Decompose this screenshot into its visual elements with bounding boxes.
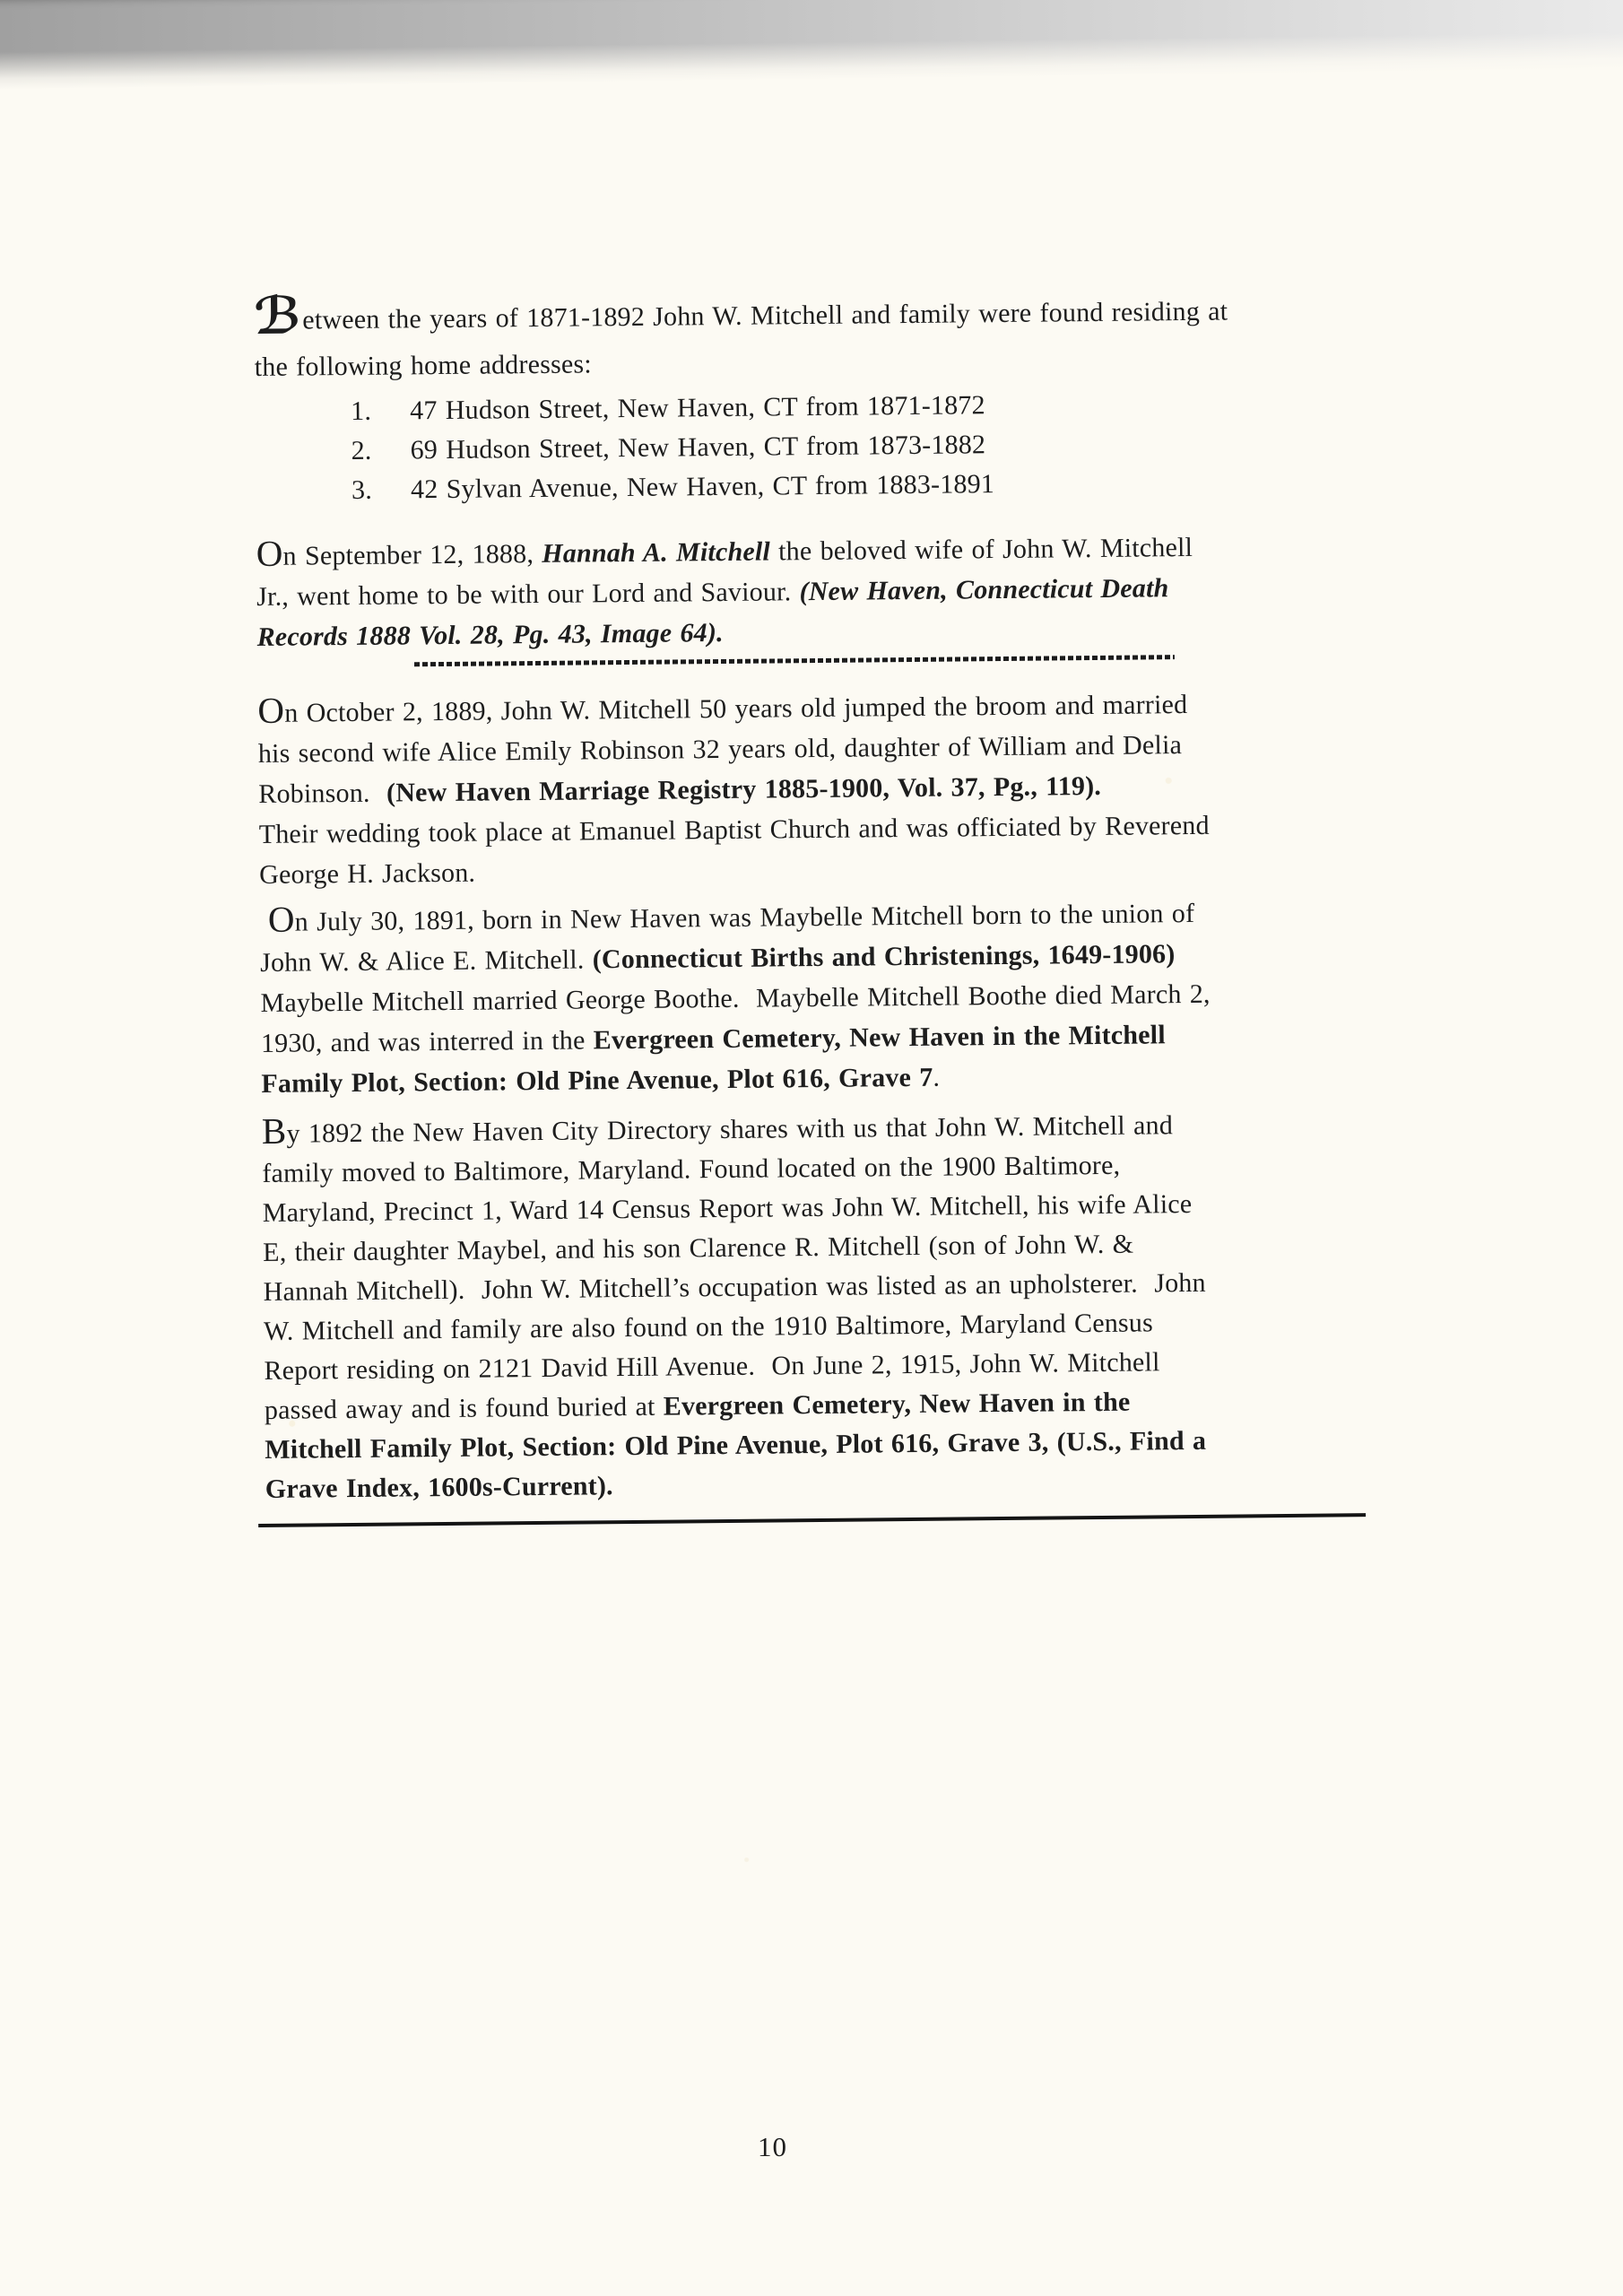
- text-segment: Family Plot, Section: Old Pine Avenue, P…: [261, 1063, 933, 1099]
- text-segment: Records 1888 Vol. 28, Pg. 43, Image 64).: [256, 618, 723, 652]
- text-segment: Evergreen Cemetery, New Haven in the: [664, 1387, 1131, 1422]
- text-segment: y 1892 the New Haven City Directory shar…: [286, 1110, 1173, 1148]
- text-segment: George H. Jackson.: [259, 858, 475, 890]
- text-segment: n October 2, 1889, John W. Mitchell 50 y…: [284, 690, 1187, 728]
- text-segment: Hannah Mitchell). John W. Mitchell’s occ…: [263, 1268, 1205, 1307]
- text-segment: n July 30, 1891, born in New Haven was M…: [295, 899, 1195, 937]
- list-item-number: 1.: [351, 391, 410, 431]
- text-segment: .: [933, 1063, 940, 1092]
- text-segment: Evergreen Cemetery, New Haven in the Mit…: [594, 1020, 1166, 1055]
- text-segment: family moved to Baltimore, Maryland. Fou…: [262, 1151, 1120, 1188]
- text-segment: the following home addresses:: [255, 349, 592, 382]
- text-segment: Their wedding took place at Emanuel Bapt…: [259, 811, 1210, 849]
- list-item-text: 42 Sylvan Avenue, New Haven, CT from 188…: [411, 469, 994, 504]
- list-item-text: 69 Hudson Street, New Haven, CT from 187…: [410, 430, 985, 465]
- lead-cap: B: [262, 1110, 287, 1152]
- section-divider: [414, 655, 1175, 666]
- text-line: the following home addresses:: [254, 334, 1384, 391]
- page-number: 10: [758, 2131, 787, 2163]
- text-segment: Robinson.: [258, 778, 386, 809]
- text-segment: (New Haven Marriage Registry 1885-1900, …: [386, 771, 1101, 808]
- text-segment: (New Haven, Connecticut Death: [799, 573, 1168, 606]
- text-segment: Maryland, Precinct 1, Ward 14 Census Rep…: [263, 1189, 1193, 1228]
- text-segment: passed away and is found buried at: [265, 1392, 664, 1425]
- text-segment: W. Mitchell and family are also found on…: [264, 1308, 1153, 1346]
- document-content: ℬetween the years of 1871-1892 John W. M…: [254, 287, 1395, 1527]
- text-segment: the beloved wife of John W. Mitchell: [770, 533, 1193, 567]
- text-segment: Report residing on 2121 David Hill Avenu…: [264, 1347, 1159, 1386]
- lead-cap: O: [268, 899, 295, 940]
- text-segment: (Connecticut Births and Christenings, 16…: [593, 939, 1176, 974]
- text-segment: Maybelle Mitchell married George Boothe.…: [260, 979, 1210, 1018]
- text-segment: 1930, and was interred in the: [261, 1025, 594, 1058]
- intro-paragraph: ℬetween the years of 1871-1892 John W. M…: [254, 287, 1384, 391]
- text-segment: Mitchell Family Plot, Section: Old Pine …: [265, 1426, 1206, 1465]
- lead-cap: O: [256, 533, 283, 574]
- text-segment: John W. & Alice E. Mitchell.: [260, 944, 593, 978]
- text-segment: Jr., went home to be with our Lord and S…: [256, 577, 800, 612]
- scanner-edge-band: [0, 0, 1623, 89]
- maybelle-paragraph: On July 30, 1891, born in New Haven was …: [259, 891, 1391, 1104]
- text-segment: n September 12, 1888,: [282, 539, 542, 571]
- text-segment: his second wife Alice Emily Robinson 32 …: [258, 730, 1182, 769]
- marriage-paragraph: On October 2, 1889, John W. Mitchell 50 …: [257, 683, 1389, 895]
- baltimore-paragraph: By 1892 the New Haven City Directory sha…: [262, 1104, 1395, 1509]
- document-page: ℬetween the years of 1871-1892 John W. M…: [0, 0, 1623, 2296]
- text-segment: E, their daughter Maybel, and his son Cl…: [263, 1230, 1133, 1267]
- text-segment: etween the years of 1871-1892 John W. Mi…: [302, 297, 1228, 335]
- hannah-death-paragraph: On September 12, 1888, Hannah A. Mitchel…: [256, 526, 1387, 657]
- text-segment: Hannah A. Mitchell: [542, 536, 770, 568]
- text-segment: Grave Index, 1600s-Current).: [265, 1471, 613, 1504]
- list-item-number: 3.: [352, 470, 411, 510]
- lead-cap: O: [257, 690, 284, 731]
- closing-rule: [258, 1513, 1366, 1527]
- drop-cap: ℬ: [254, 285, 302, 346]
- list-item-number: 2.: [351, 430, 410, 471]
- residence-list: 1.47 Hudson Street, New Haven, CT from 1…: [255, 382, 1385, 511]
- list-item-text: 47 Hudson Street, New Haven, CT from 187…: [410, 390, 985, 425]
